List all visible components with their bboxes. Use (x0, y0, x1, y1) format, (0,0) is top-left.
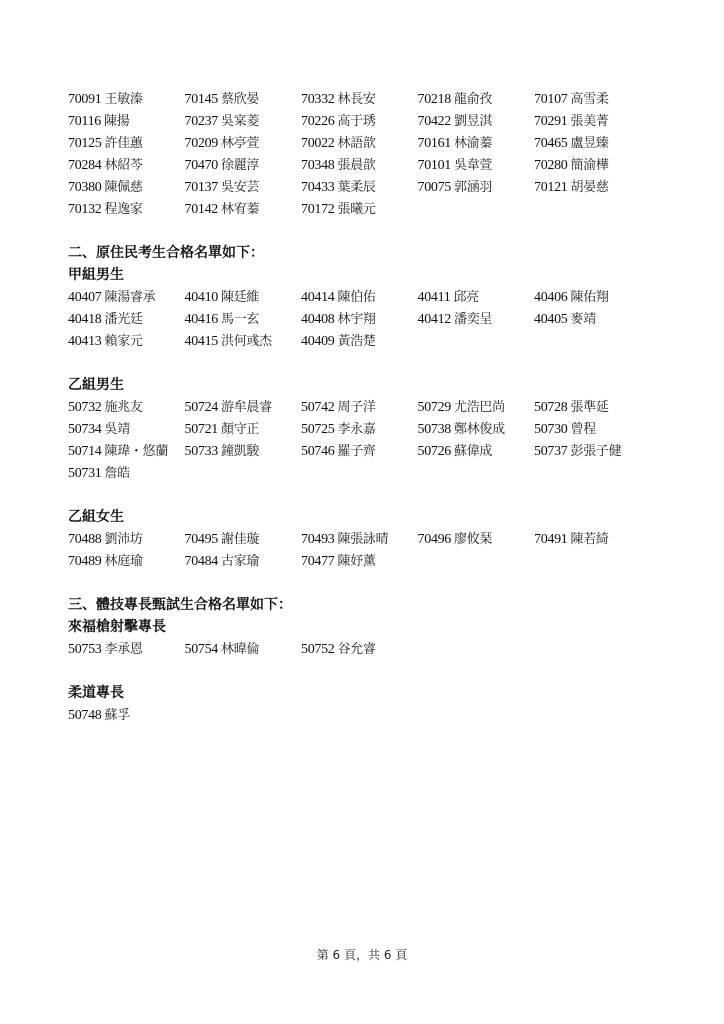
group-title: 乙組男生 (68, 374, 668, 396)
candidate-entry: 70280簡渝樺 (534, 154, 651, 176)
group-title: 柔道專長 (68, 682, 668, 704)
spacer (68, 572, 668, 594)
candidate-name: 高于琇 (338, 114, 376, 129)
candidate-name: 陳若綺 (571, 532, 609, 547)
candidate-number: 50726 (418, 444, 452, 459)
candidate-number: 50729 (418, 400, 452, 415)
candidate-number: 70101 (418, 158, 452, 173)
candidate-number: 50753 (68, 642, 102, 657)
candidate-number: 40405 (534, 312, 568, 327)
name-list-row: 70125許佳蕙70209林亭萱70022林語歆70161林渝蓁70465盧昱臻 (68, 132, 668, 154)
candidate-name: 洪何彧杰 (221, 334, 272, 349)
candidate-number: 50738 (418, 422, 452, 437)
candidate-number: 70145 (185, 92, 219, 107)
candidate-name: 林宥蓁 (221, 202, 259, 217)
name-list-row: 50714陳瑋・悠蘭50733鐘凱駿50746羅子齊50726蘇偉成50737彭… (68, 440, 668, 462)
candidate-number: 40410 (185, 290, 219, 305)
candidate-name: 曾程 (571, 422, 596, 437)
candidate-name: 賴家元 (105, 334, 143, 349)
candidate-entry: 40413賴家元 (68, 330, 185, 352)
candidate-number: 50752 (301, 642, 335, 657)
candidate-name: 麥靖 (571, 312, 596, 327)
candidate-name: 吳靖 (105, 422, 130, 437)
candidate-name: 鐘凱駿 (221, 444, 259, 459)
name-list-row: 40418潘光廷40416馬一玄40408林宇翔40412潘奕呈40405麥靖 (68, 308, 668, 330)
candidate-entry: 50733鐘凱駿 (185, 440, 302, 462)
candidate-name: 邱亮 (453, 290, 478, 305)
candidate-name: 林語歆 (338, 136, 376, 151)
candidate-entry: 50738鄭林俊成 (418, 418, 535, 440)
candidate-name: 龍俞孜 (454, 92, 492, 107)
candidate-number: 50725 (301, 422, 335, 437)
candidate-name: 陳伯佑 (338, 290, 376, 305)
candidate-number: 70107 (534, 92, 568, 107)
candidate-number: 50714 (68, 444, 102, 459)
candidate-name: 吳韋萱 (454, 158, 492, 173)
group-title: 甲組男生 (68, 264, 668, 286)
name-list-row: 70132程逸家70142林宥蓁70172張曦元 (68, 198, 668, 220)
document-page: 70091王敏溱70145蔡欣晏70332林長安70218龍俞孜70107高雪柔… (68, 88, 668, 726)
name-list-row: 50748蘇孚 (68, 704, 668, 726)
candidate-name: 廖攸琹 (454, 532, 492, 547)
candidate-entry: 70132程逸家 (68, 198, 185, 220)
candidate-number: 70091 (68, 92, 102, 107)
name-list-row: 70488劉沛坊70495謝佳璇70493陳張詠晴70496廖攸琹70491陳若… (68, 528, 668, 550)
candidate-entry: 70121胡晏慈 (534, 176, 651, 198)
candidate-entry: 50730曾程 (534, 418, 651, 440)
candidate-number: 70465 (534, 136, 568, 151)
candidate-name: 谷允睿 (338, 642, 376, 657)
candidate-name: 陳佑翔 (571, 290, 609, 305)
name-list-row: 70489林庭瑜70484古家瑜70477陳妤薰 (68, 550, 668, 572)
candidate-number: 40411 (418, 290, 451, 305)
spacer (68, 660, 668, 682)
candidate-number: 40414 (301, 290, 335, 305)
candidate-entry: 70491陳若綺 (534, 528, 651, 550)
candidate-entry: 70161林渝蓁 (418, 132, 535, 154)
candidate-entry: 50746羅子齊 (301, 440, 418, 462)
candidate-name: 蔡欣晏 (221, 92, 259, 107)
candidate-number: 50737 (534, 444, 568, 459)
candidate-number: 70488 (68, 532, 102, 547)
candidate-entry: 70465盧昱臻 (534, 132, 651, 154)
candidate-number: 50728 (534, 400, 568, 415)
spacer (68, 484, 668, 506)
candidate-name: 鄭林俊成 (454, 422, 505, 437)
candidate-entry: 70022林語歆 (301, 132, 418, 154)
candidate-number: 70433 (301, 180, 335, 195)
candidate-number: 50721 (185, 422, 219, 437)
candidate-name: 尤浩巴尚 (454, 400, 505, 415)
candidate-number: 70132 (68, 202, 102, 217)
candidate-name: 周子洋 (338, 400, 376, 415)
name-list-row: 70284林紹芩70470徐麗淳70348張晨歆70101吳韋萱70280簡渝樺 (68, 154, 668, 176)
candidate-entry: 70380陳佩慈 (68, 176, 185, 198)
candidate-number: 70218 (418, 92, 452, 107)
candidate-entry: 40409黃浩楚 (301, 330, 418, 352)
name-list-row: 40413賴家元40415洪何彧杰40409黃浩楚 (68, 330, 668, 352)
candidate-entry: 50752谷允睿 (301, 638, 418, 660)
candidate-entry: 50731詹皓 (68, 462, 185, 484)
candidate-entry: 70075郭涵羽 (418, 176, 535, 198)
candidate-name: 張美菁 (571, 114, 609, 129)
candidate-name: 張準延 (571, 400, 609, 415)
candidate-name: 陳佩慈 (105, 180, 143, 195)
candidate-entry: 70332林長安 (301, 88, 418, 110)
candidate-number: 50732 (68, 400, 102, 415)
candidate-name: 陳妤薰 (338, 554, 376, 569)
candidate-name: 林亭萱 (221, 136, 259, 151)
candidate-number: 40406 (534, 290, 568, 305)
candidate-number: 70237 (185, 114, 219, 129)
name-list-row: 70380陳佩慈70137吳安芸70433葉柔辰70075郭涵羽70121胡晏慈 (68, 176, 668, 198)
candidate-name: 黃浩楚 (338, 334, 376, 349)
candidate-entry: 40412潘奕呈 (418, 308, 535, 330)
candidate-entry: 50721顏守正 (185, 418, 302, 440)
candidate-number: 70116 (68, 114, 101, 129)
candidate-name: 羅子齊 (338, 444, 376, 459)
candidate-number: 70172 (301, 202, 335, 217)
candidate-entry: 70496廖攸琹 (418, 528, 535, 550)
candidate-number: 50746 (301, 444, 335, 459)
candidate-name: 蘇孚 (105, 708, 130, 723)
candidate-name: 張曦元 (338, 202, 376, 217)
candidate-name: 程逸家 (105, 202, 143, 217)
candidate-number: 40412 (418, 312, 452, 327)
name-list-row: 40407陳湯睿承40410陳廷維40414陳伯佑40411邱亮40406陳佑翔 (68, 286, 668, 308)
candidate-name: 郭涵羽 (454, 180, 492, 195)
candidate-number: 70484 (185, 554, 219, 569)
candidate-number: 70284 (68, 158, 102, 173)
candidate-number: 50730 (534, 422, 568, 437)
name-list-row: 50731詹皓 (68, 462, 668, 484)
candidate-number: 70125 (68, 136, 102, 151)
candidate-name: 高雪柔 (571, 92, 609, 107)
section-heading: 三、體技專長甄試生合格名單如下： (68, 594, 668, 616)
candidate-entry: 70172張曦元 (301, 198, 418, 220)
candidate-entry: 50725李永嘉 (301, 418, 418, 440)
candidate-name: 古家瑜 (221, 554, 259, 569)
candidate-number: 70280 (534, 158, 568, 173)
candidate-name: 潘奕呈 (454, 312, 492, 327)
candidate-name: 吳安芸 (221, 180, 259, 195)
candidate-number: 70142 (185, 202, 219, 217)
candidate-number: 70493 (301, 532, 335, 547)
candidate-entry: 40415洪何彧杰 (185, 330, 302, 352)
candidate-entry: 70125許佳蕙 (68, 132, 185, 154)
candidate-entry: 50753李承恩 (68, 638, 185, 660)
candidate-entry: 50729尤浩巴尚 (418, 396, 535, 418)
candidate-name: 劉沛坊 (105, 532, 143, 547)
candidate-number: 70422 (418, 114, 452, 129)
candidate-number: 70380 (68, 180, 102, 195)
candidate-name: 林長安 (338, 92, 376, 107)
section-heading: 二、原住民考生合格名單如下： (68, 242, 668, 264)
candidate-name: 陳瑋・悠蘭 (105, 444, 169, 459)
candidate-entry: 70237吳宲菱 (185, 110, 302, 132)
candidate-name: 謝佳璇 (221, 532, 259, 547)
candidate-number: 70291 (534, 114, 568, 129)
candidate-name: 陳湯睿承 (105, 290, 156, 305)
candidate-entry: 70218龍俞孜 (418, 88, 535, 110)
candidate-name: 徐麗淳 (221, 158, 259, 173)
candidate-number: 70489 (68, 554, 102, 569)
candidate-name: 蘇偉成 (454, 444, 492, 459)
candidate-entry: 50714陳瑋・悠蘭 (68, 440, 185, 462)
candidate-entry: 70422劉昱淇 (418, 110, 535, 132)
candidate-name: 林暐倫 (221, 642, 259, 657)
candidate-entry: 70145蔡欣晏 (185, 88, 302, 110)
candidate-entry: 40416馬一玄 (185, 308, 302, 330)
candidate-number: 50731 (68, 466, 102, 481)
name-list-row: 70091王敏溱70145蔡欣晏70332林長安70218龍俞孜70107高雪柔 (68, 88, 668, 110)
candidate-entry: 70137吳安芸 (185, 176, 302, 198)
candidate-entry: 50754林暐倫 (185, 638, 302, 660)
spacer (68, 352, 668, 374)
candidate-entry: 40411邱亮 (418, 286, 535, 308)
page-footer: 第 6 頁，共 6 頁 (0, 946, 724, 963)
candidate-entry: 70142林宥蓁 (185, 198, 302, 220)
candidate-entry: 70348張晨歆 (301, 154, 418, 176)
candidate-entry: 70495謝佳璇 (185, 528, 302, 550)
candidate-number: 40409 (301, 334, 335, 349)
candidate-name: 李承恩 (105, 642, 143, 657)
candidate-number: 70121 (534, 180, 568, 195)
candidate-name: 劉昱淇 (454, 114, 492, 129)
candidate-number: 50754 (185, 642, 219, 657)
candidate-number: 70470 (185, 158, 219, 173)
candidate-number: 70137 (185, 180, 219, 195)
candidate-number: 70209 (185, 136, 219, 151)
candidate-number: 70495 (185, 532, 219, 547)
candidate-entry: 70116陳揚 (68, 110, 185, 132)
candidate-entry: 40405麥靖 (534, 308, 651, 330)
candidate-name: 陳張詠晴 (338, 532, 389, 547)
candidate-entry: 70470徐麗淳 (185, 154, 302, 176)
candidate-entry: 50742周子洋 (301, 396, 418, 418)
candidate-name: 詹皓 (105, 466, 130, 481)
candidate-name: 潘光廷 (105, 312, 143, 327)
spacer (68, 220, 668, 242)
candidate-entry: 40407陳湯睿承 (68, 286, 185, 308)
candidate-number: 50733 (185, 444, 219, 459)
candidate-name: 陳揚 (104, 114, 129, 129)
candidate-number: 70161 (418, 136, 452, 151)
name-list-row: 50734吳靖50721顏守正50725李永嘉50738鄭林俊成50730曾程 (68, 418, 668, 440)
candidate-entry: 70091王敏溱 (68, 88, 185, 110)
candidate-number: 40416 (185, 312, 219, 327)
candidate-name: 葉柔辰 (338, 180, 376, 195)
candidate-name: 吳宲菱 (221, 114, 259, 129)
candidate-name: 顏守正 (221, 422, 259, 437)
candidate-number: 70348 (301, 158, 335, 173)
candidate-number: 40413 (68, 334, 102, 349)
candidate-entry: 70284林紹芩 (68, 154, 185, 176)
candidate-entry: 70489林庭瑜 (68, 550, 185, 572)
candidate-number: 70075 (418, 180, 452, 195)
candidate-entry: 40406陳佑翔 (534, 286, 651, 308)
candidate-name: 胡晏慈 (571, 180, 609, 195)
candidate-entry: 70291張美菁 (534, 110, 651, 132)
candidate-entry: 70226高于琇 (301, 110, 418, 132)
candidate-entry: 50726蘇偉成 (418, 440, 535, 462)
candidate-number: 70491 (534, 532, 568, 547)
candidate-number: 70332 (301, 92, 335, 107)
candidate-entry: 70493陳張詠晴 (301, 528, 418, 550)
candidate-name: 施兆友 (105, 400, 143, 415)
candidate-name: 游牟晨睿 (221, 400, 272, 415)
candidate-number: 50724 (185, 400, 219, 415)
name-list-row: 70116陳揚70237吳宲菱70226高于琇70422劉昱淇70291張美菁 (68, 110, 668, 132)
candidate-name: 彭張子健 (571, 444, 622, 459)
candidate-name: 馬一玄 (221, 312, 259, 327)
candidate-entry: 50737彭張子健 (534, 440, 651, 462)
candidate-entry: 40418潘光廷 (68, 308, 185, 330)
name-list-row: 50732施兆友50724游牟晨睿50742周子洋50729尤浩巴尚50728張… (68, 396, 668, 418)
candidate-number: 70477 (301, 554, 335, 569)
candidate-name: 李永嘉 (338, 422, 376, 437)
candidate-number: 40408 (301, 312, 335, 327)
name-list-row: 50753李承恩50754林暐倫50752谷允睿 (68, 638, 668, 660)
candidate-entry: 50732施兆友 (68, 396, 185, 418)
candidate-entry: 70477陳妤薰 (301, 550, 418, 572)
candidate-name: 林庭瑜 (105, 554, 143, 569)
candidate-entry: 70488劉沛坊 (68, 528, 185, 550)
candidate-name: 王敏溱 (105, 92, 143, 107)
candidate-entry: 40410陳廷維 (185, 286, 302, 308)
candidate-entry: 40408林宇翔 (301, 308, 418, 330)
candidate-number: 40415 (185, 334, 219, 349)
candidate-number: 70496 (418, 532, 452, 547)
candidate-number: 70022 (301, 136, 335, 151)
candidate-entry: 50724游牟晨睿 (185, 396, 302, 418)
candidate-entry: 50734吳靖 (68, 418, 185, 440)
candidate-name: 陳廷維 (221, 290, 259, 305)
candidate-number: 40418 (68, 312, 102, 327)
candidate-name: 林渝蓁 (454, 136, 492, 151)
candidate-number: 70226 (301, 114, 335, 129)
candidate-number: 40407 (68, 290, 102, 305)
candidate-entry: 50748蘇孚 (68, 704, 185, 726)
candidate-name: 林紹芩 (105, 158, 143, 173)
candidate-number: 50748 (68, 708, 102, 723)
candidate-entry: 50728張準延 (534, 396, 651, 418)
candidate-entry: 40414陳伯佑 (301, 286, 418, 308)
candidate-entry: 70433葉柔辰 (301, 176, 418, 198)
candidate-entry: 70101吳韋萱 (418, 154, 535, 176)
candidate-name: 林宇翔 (338, 312, 376, 327)
candidate-number: 50742 (301, 400, 335, 415)
candidate-number: 50734 (68, 422, 102, 437)
candidate-entry: 70107高雪柔 (534, 88, 651, 110)
candidate-name: 簡渝樺 (571, 158, 609, 173)
candidate-entry: 70209林亭萱 (185, 132, 302, 154)
candidate-entry: 70484古家瑜 (185, 550, 302, 572)
candidate-name: 張晨歆 (338, 158, 376, 173)
candidate-name: 盧昱臻 (571, 136, 609, 151)
group-title: 來福槍射擊專長 (68, 616, 668, 638)
group-title: 乙組女生 (68, 506, 668, 528)
candidate-name: 許佳蕙 (105, 136, 143, 151)
